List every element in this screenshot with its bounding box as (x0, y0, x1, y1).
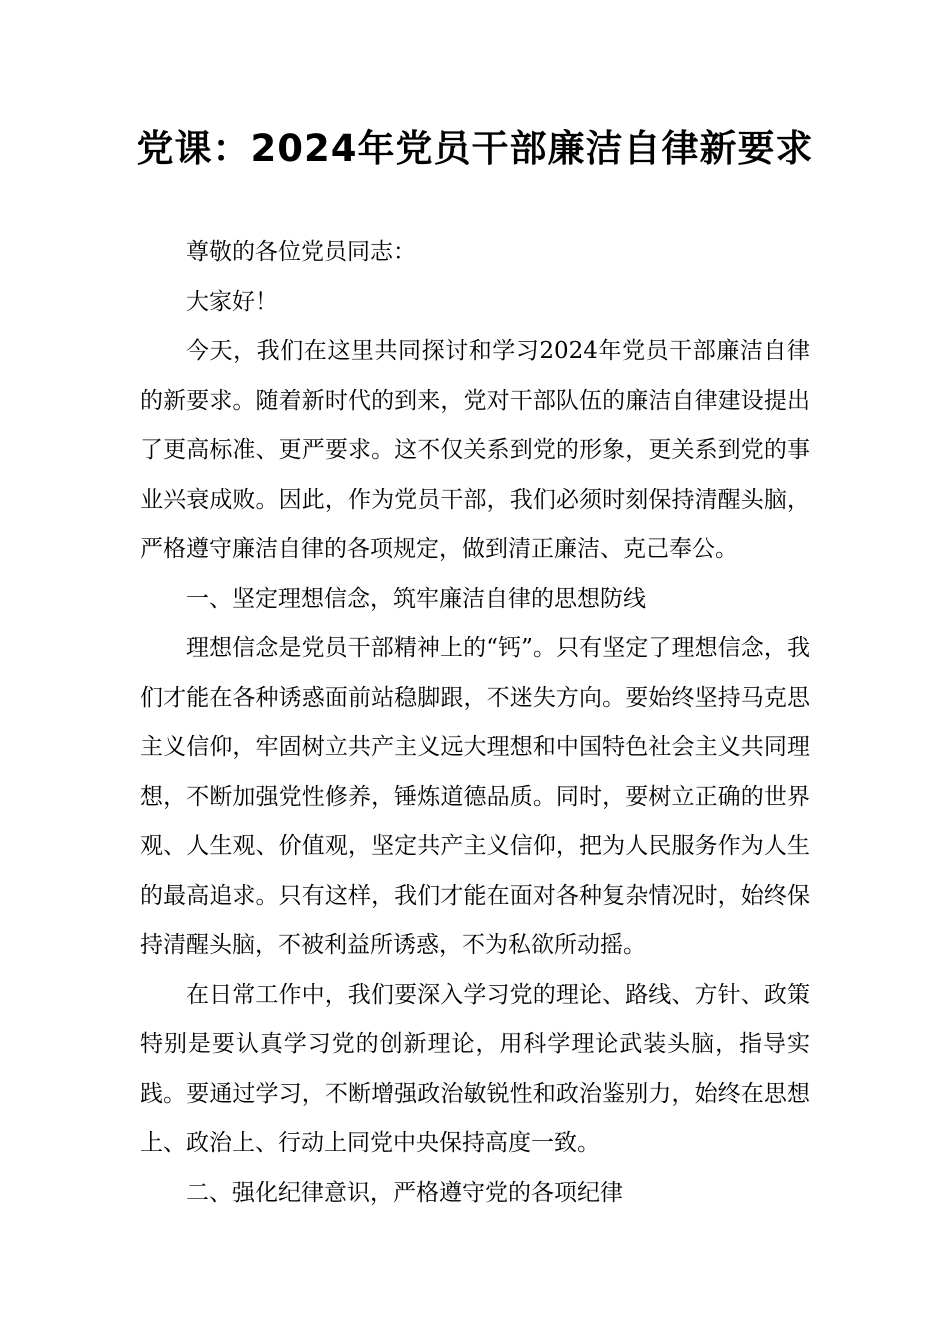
paragraph-daily-study: 在日常工作中，我们要深入学习党的理论、路线、方针、政策特别是要认真学习党的创新理… (140, 971, 810, 1169)
section-heading-2: 二、强化纪律意识，严格遵守党的各项纪律 (140, 1169, 810, 1219)
document-body: 尊敬的各位党员同志： 大家好！ 今天，我们在这里共同探讨和学习2024年党员干部… (140, 228, 810, 1218)
section-heading-1: 一、坚定理想信念，筑牢廉洁自律的思想防线 (140, 575, 810, 625)
paragraph-introduction: 今天，我们在这里共同探讨和学习2024年党员干部廉洁自律的新要求。随着新时代的到… (140, 327, 810, 575)
salutation-line: 尊敬的各位党员同志： (140, 228, 810, 278)
greeting-line: 大家好！ (140, 278, 810, 328)
document-title: 党课：2024年党员干部廉洁自律新要求 (0, 0, 950, 176)
document-page: 党课：2024年党员干部廉洁自律新要求 尊敬的各位党员同志： 大家好！ 今天，我… (0, 0, 950, 1344)
paragraph-ideals-beliefs: 理想信念是党员干部精神上的“钙”。只有坚定了理想信念，我们才能在各种诱惑面前站稳… (140, 624, 810, 971)
